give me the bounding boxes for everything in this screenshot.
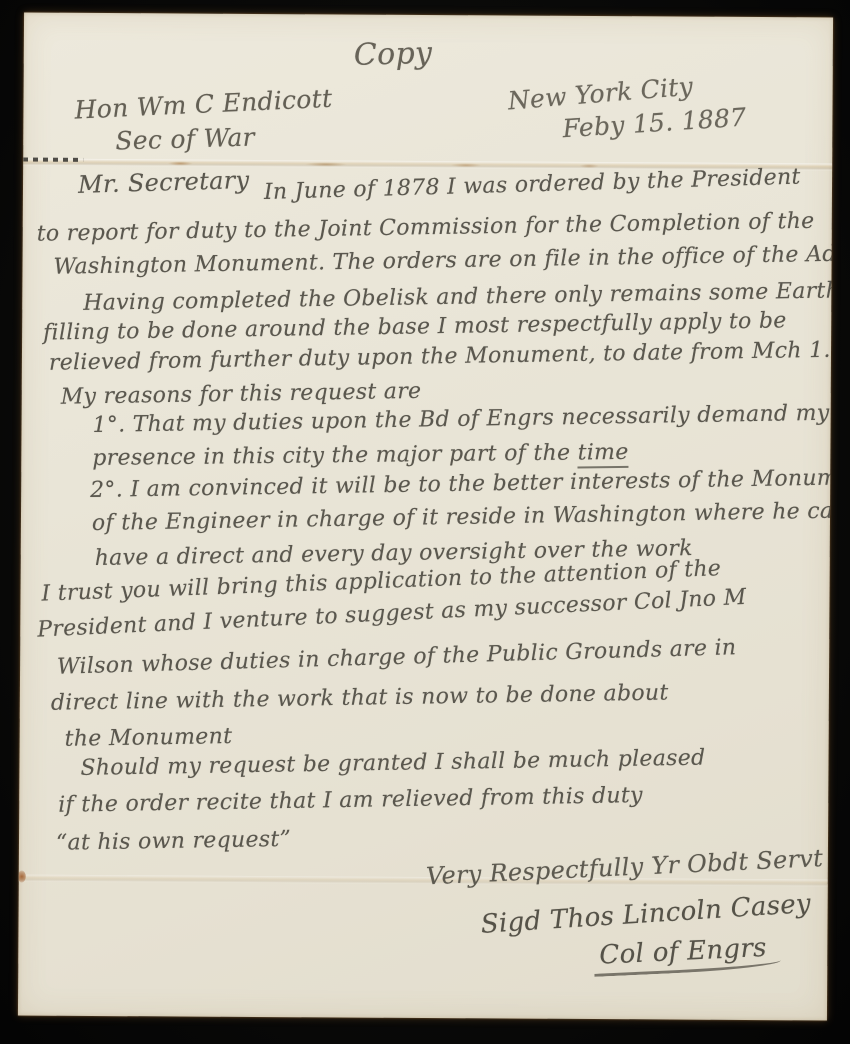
underlined-word: time [577, 440, 628, 469]
line-text: In June of 1878 I was ordered by the Pre… [264, 165, 801, 205]
letter-line: Wilson whose duties in charge of the Pub… [57, 635, 737, 680]
letter-line: direct line with the work that is now to… [51, 680, 669, 715]
letter-paper: Copy New York City Feby 15. 1887 Hon Wm … [18, 13, 833, 1021]
letter-line: presence in this city the major part of … [92, 440, 629, 471]
recipient-name: Hon Wm C Endicott [74, 84, 333, 125]
letter-line: Washington Monument. The orders are on f… [53, 240, 833, 279]
copy-heading: Copy [353, 36, 432, 73]
letter-line: 2°. I am convinced it will be to the bet… [90, 465, 833, 503]
letter-line: In June of 1878 I was ordered by the Pre… [264, 165, 801, 205]
letter-line: My reasons for this request are [61, 379, 422, 410]
letter-line: “at his own request” [56, 827, 291, 856]
line-text: direct line with the work that is now to… [51, 680, 669, 715]
fold-crease-tear-marks [23, 158, 83, 162]
line-text: to report for duty to the Joint Commissi… [37, 209, 815, 247]
edge-stain-spot [18, 871, 26, 883]
letter-line: of the Engineer in charge of it reside i… [92, 498, 833, 536]
line-text: of the Engineer in charge of it reside i… [92, 498, 833, 536]
recipient-title: Sec of War [115, 123, 255, 156]
letter-line: if the order recite that I am relieved f… [58, 783, 643, 818]
line-text: the Monument [64, 724, 232, 752]
closing-rank: Col of Engrs [593, 932, 782, 971]
salutation: Mr. Secretary [78, 166, 250, 199]
line-text: Washington Monument. The orders are on f… [53, 240, 833, 279]
letter-line: Should my request be granted I shall be … [80, 746, 705, 781]
scan-background: { "scan": { "background_color": "#0a0a09… [0, 0, 850, 1044]
line-text: if the order recite that I am relieved f… [58, 783, 643, 818]
rank-text: Col of Engrs [593, 932, 782, 977]
line-text: 2°. I am convinced it will be to the bet… [90, 465, 833, 503]
line-text: Should my request be granted I shall be … [80, 746, 705, 781]
line-text: “at his own request” [56, 827, 291, 856]
letter-line: to report for duty to the Joint Commissi… [37, 209, 815, 247]
line-text: presence in this city the major part of … [92, 440, 578, 471]
letter-line: the Monument [64, 724, 232, 752]
line-text: My reasons for this request are [61, 379, 422, 410]
line-text: Wilson whose duties in charge of the Pub… [57, 635, 737, 680]
